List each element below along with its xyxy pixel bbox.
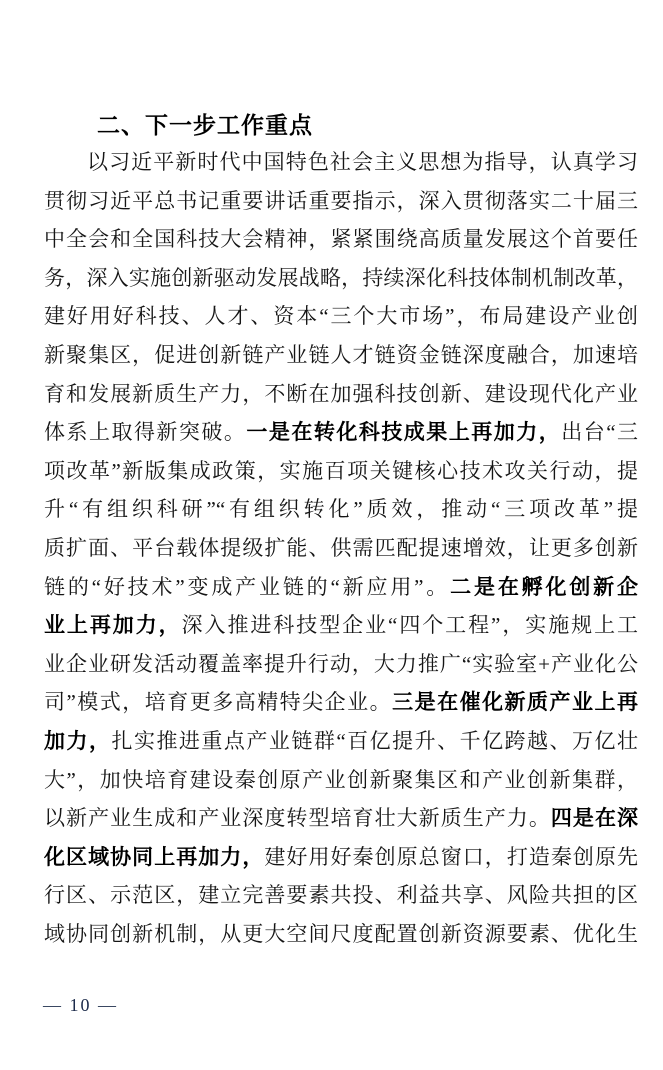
text-line: 育和发展新质生产力，不断在加强科技创新、建设现代化产业	[44, 375, 638, 414]
text-line: 贯彻习近平总书记重要讲话重要指示，深入贯彻落实二十届三	[44, 182, 638, 221]
text-segment: 建好用好科技、人才、资本“三个大市场”，布局建设产业创	[44, 304, 638, 328]
text-segment: 以新产业生成和产业深度转型培育壮大新质生产力。	[44, 806, 551, 830]
text-line: 大”，加快培育建设秦创原产业创新聚集区和产业创新集群，	[44, 761, 638, 800]
page-number: — 10 —	[43, 995, 118, 1016]
bold-text-segment: 一是在转化科技成果上再加力，	[246, 421, 561, 444]
text-segment: 质扩面、平台载体提级扩能、供需匹配提速增效，让更多创新	[44, 536, 638, 560]
text-line: 以新产业生成和产业深度转型培育壮大新质生产力。四是在深	[44, 799, 638, 838]
text-segment: 扎实推进重点产业链群“百亿提升、千亿跨越、万亿壮	[111, 729, 638, 753]
document-page: 二、下一步工作重点 以习近平新时代中国特色社会主义思想为指导，认真学习贯彻习近平…	[0, 0, 663, 1070]
bold-text-segment: 化区域协同上再加力，	[44, 846, 264, 869]
text-segment: 新聚集区，促进创新链产业链人才链资金链深度融合，加速培	[44, 343, 638, 367]
text-segment: 业企业研发活动覆盖率提升行动，大力推广“实验室+产业化公	[44, 652, 638, 676]
text-line: 升“有组织科研”“有组织转化”质效，推动“三项改革”提	[44, 490, 638, 529]
text-segment: 建好用好秦创原总窗口，打造秦创原先	[264, 845, 638, 869]
text-line: 加力，扎实推进重点产业链群“百亿提升、千亿跨越、万亿壮	[44, 722, 638, 761]
text-line: 业上再加力，深入推进科技型企业“四个工程”，实施规上工	[44, 606, 638, 645]
text-line: 体系上取得新突破。一是在转化科技成果上再加力，出台“三	[44, 413, 638, 452]
bold-text-segment: 三是在催化新质产业上再	[392, 691, 638, 714]
text-line: 链的“好技术”变成产业链的“新应用”。二是在孵化创新企	[44, 568, 638, 607]
text-segment: 体系上取得新突破。	[44, 420, 246, 444]
text-segment: 项改革”新版集成政策，实施百项关键核心技术攻关行动，提	[44, 459, 638, 483]
text-segment: 以习近平新时代中国特色社会主义思想为指导，认真学习	[87, 150, 638, 174]
text-line: 化区域协同上再加力，建好用好秦创原总窗口，打造秦创原先	[44, 838, 638, 877]
text-line: 中全会和全国科技大会精神，紧紧围绕高质量发展这个首要任	[44, 220, 638, 259]
text-segment: 司”模式，培育更多高精特尖企业。	[44, 690, 392, 714]
text-line: 行区、示范区，建立完善要素共投、利益共享、风险共担的区	[44, 876, 638, 915]
bold-text-segment: 二是在孵化创新企	[450, 576, 638, 599]
section-heading: 二、下一步工作重点	[97, 106, 313, 144]
text-line: 新聚集区，促进创新链产业链人才链资金链深度融合，加速培	[44, 336, 638, 375]
text-segment: 大”，加快培育建设秦创原产业创新聚集区和产业创新集群，	[44, 768, 638, 792]
text-segment: 行区、示范区，建立完善要素共投、利益共享、风险共担的区	[44, 883, 638, 907]
bold-text-segment: 四是在深	[551, 807, 638, 830]
text-segment: 务，深入实施创新驱动发展战略，持续深化科技体制机制改革，	[44, 266, 638, 290]
text-segment: 域协同创新机制，从更大空间尺度配置创新资源要素、优化生	[44, 922, 638, 946]
text-segment: 育和发展新质生产力，不断在加强科技创新、建设现代化产业	[44, 382, 638, 406]
bold-text-segment: 业上再加力，	[44, 614, 182, 637]
text-line: 业企业研发活动覆盖率提升行动，大力推广“实验室+产业化公	[44, 645, 638, 684]
body-text: 以习近平新时代中国特色社会主义思想为指导，认真学习贯彻习近平总书记重要讲话重要指…	[44, 143, 638, 953]
text-line: 域协同创新机制，从更大空间尺度配置创新资源要素、优化生	[44, 915, 638, 954]
text-line: 项改革”新版集成政策，实施百项关键核心技术攻关行动，提	[44, 452, 638, 491]
text-segment: 出台“三	[561, 420, 638, 444]
text-segment: 深入推进科技型企业“四个工程”，实施规上工	[182, 613, 638, 637]
text-line: 司”模式，培育更多高精特尖企业。三是在催化新质产业上再	[44, 683, 638, 722]
text-segment: 链的“好技术”变成产业链的“新应用”。	[44, 575, 450, 599]
text-line: 以习近平新时代中国特色社会主义思想为指导，认真学习	[44, 143, 638, 182]
text-segment: 贯彻习近平总书记重要讲话重要指示，深入贯彻落实二十届三	[44, 189, 638, 213]
bold-text-segment: 加力，	[44, 730, 111, 753]
text-line: 质扩面、平台载体提级扩能、供需匹配提速增效，让更多创新	[44, 529, 638, 568]
text-segment: 中全会和全国科技大会精神，紧紧围绕高质量发展这个首要任	[44, 227, 638, 251]
text-segment: 升“有组织科研”“有组织转化”质效，推动“三项改革”提	[44, 497, 638, 521]
text-line: 建好用好科技、人才、资本“三个大市场”，布局建设产业创	[44, 297, 638, 336]
text-line: 务，深入实施创新驱动发展战略，持续深化科技体制机制改革，	[44, 259, 638, 298]
